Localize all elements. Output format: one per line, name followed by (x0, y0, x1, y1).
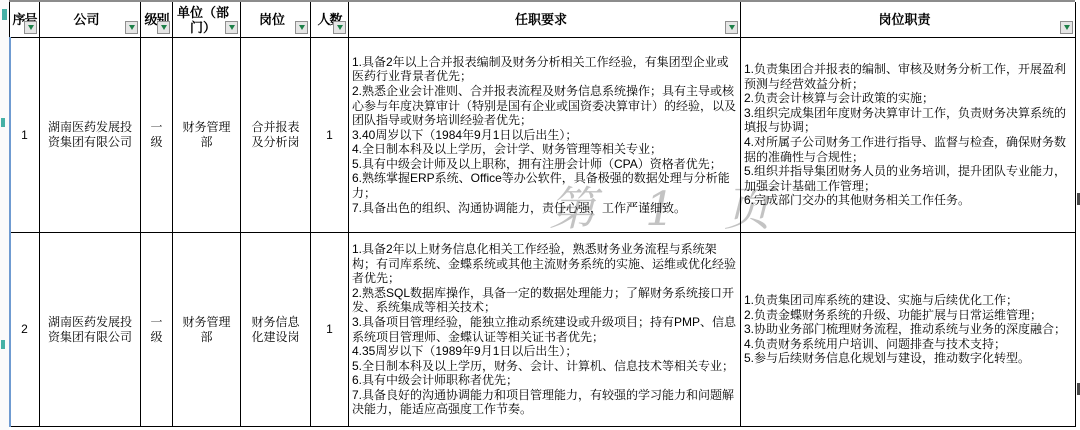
filter-arrow-icon (161, 25, 167, 30)
filter-arrow-icon (299, 25, 305, 30)
filter-arrow-icon (28, 25, 34, 30)
clipped-column-fragment (1, 118, 5, 127)
column-header-label: 公司 (73, 12, 99, 27)
filter-button-count[interactable] (333, 21, 346, 34)
cell-duties[interactable]: 1.负责集团合并报表的编制、审核及财务分析工作，开展盈利预测与经营效益分析； 2… (741, 38, 1076, 233)
cell-requirements[interactable]: 1.具备2年以上合并报表编制及财务分析相关工作经验，有集团型企业或医药行业背景者… (349, 38, 741, 233)
cell-company[interactable]: 湖南医药发展投资集团有限公司 (40, 233, 141, 427)
cell-level[interactable]: 一级 (141, 38, 173, 233)
filter-arrow-icon (229, 25, 235, 30)
filter-arrow-icon (729, 25, 735, 30)
filter-button-dept[interactable] (225, 21, 238, 34)
column-header-label: 岗位 (259, 12, 285, 27)
filter-arrow-icon (1064, 25, 1070, 30)
cell-seq[interactable]: 1 (10, 38, 40, 233)
column-header-post: 岗位 (241, 2, 311, 38)
cell-dept[interactable]: 财务管理部 (173, 38, 241, 233)
filter-arrow-icon (129, 25, 135, 30)
column-header-requirements: 任职要求 (349, 2, 741, 38)
clipped-column-fragment (2, 9, 7, 20)
clipped-left-column (0, 0, 9, 430)
filter-button-duties[interactable] (1060, 21, 1073, 34)
selection-border-line (9, 37, 11, 427)
cell-count[interactable]: 1 (311, 233, 349, 427)
column-header-dept: 单位（部门） (173, 2, 241, 38)
column-header-label: 单位（部门） (176, 5, 230, 35)
cell-requirements[interactable]: 1.具备2年以上财务信息化相关工作经验，熟悉财务业务流程与系统架构；有司库系统、… (349, 233, 741, 427)
clipped-column-fragment (1, 340, 5, 349)
cell-dept[interactable]: 财务管理部 (173, 233, 241, 427)
column-header-label: 任职要求 (515, 12, 567, 27)
column-header-duties: 岗位职责 (741, 2, 1076, 38)
cell-post[interactable]: 财务信息化建设岗 (241, 233, 311, 427)
cell-company[interactable]: 湖南医药发展投资集团有限公司 (40, 38, 141, 233)
column-header-level: 级别 (141, 2, 173, 38)
cell-count[interactable]: 1 (311, 38, 349, 233)
column-header-count: 人数 (311, 2, 349, 38)
cell-post[interactable]: 合并报表及分析岗 (241, 38, 311, 233)
column-header-label: 岗位职责 (878, 12, 930, 27)
filter-button-level[interactable] (157, 21, 170, 34)
column-header-company: 公司 (40, 2, 141, 38)
filter-button-post[interactable] (295, 21, 308, 34)
cell-seq[interactable]: 2 (10, 233, 40, 427)
column-header-seq: 序号 (10, 2, 40, 38)
job-postings-table: 序号 公司 级别 单位（部门） 岗位 人数 任职要求 岗位职责 (9, 2, 1076, 427)
filter-button-seq[interactable] (24, 21, 37, 34)
spreadsheet-view: 第 1 页 序号 公司 级别 单位（部门） 岗位 人数 任职要求 (0, 0, 1080, 430)
filter-button-requirements[interactable] (725, 21, 738, 34)
cell-level[interactable]: 一级 (141, 233, 173, 427)
filter-button-company[interactable] (125, 21, 138, 34)
filter-arrow-icon (337, 25, 343, 30)
cell-duties[interactable]: 1.负责集团司库系统的建设、实施与后续优化工作； 2.负责金蝶财务系统的升级、功… (741, 233, 1076, 427)
